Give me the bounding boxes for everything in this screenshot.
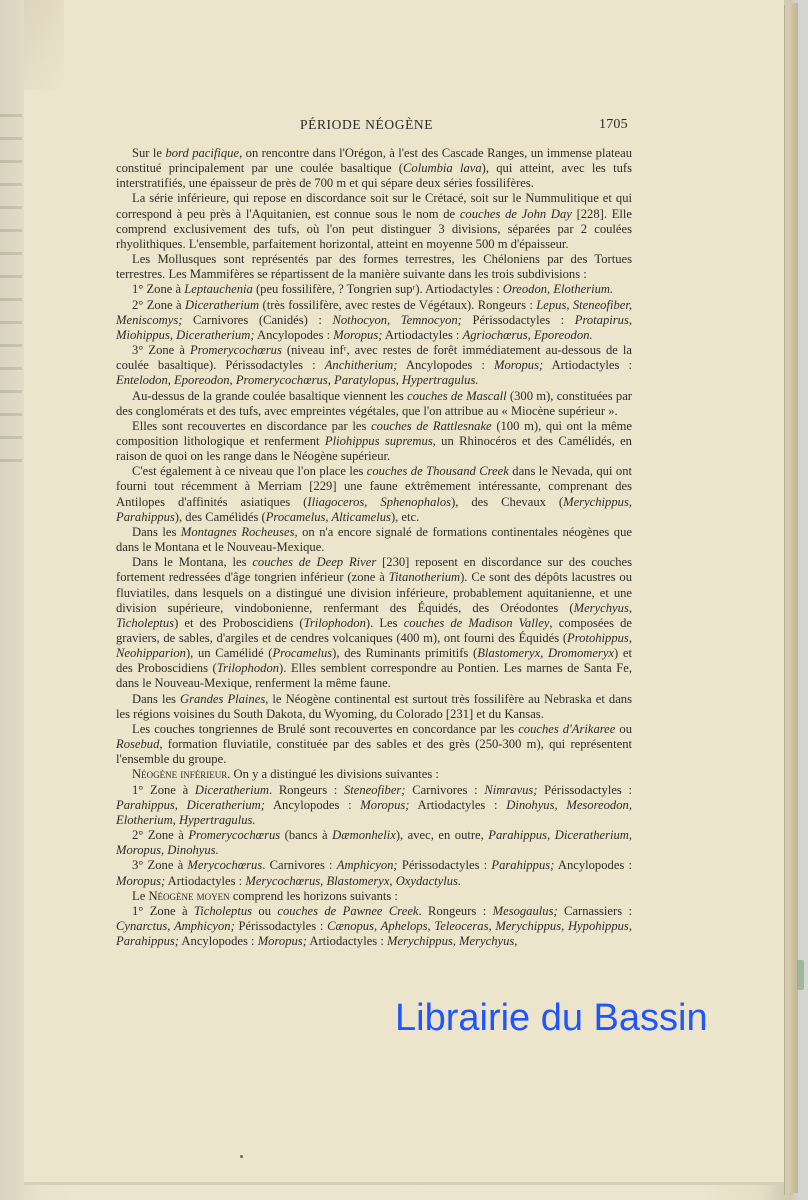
- text-run: Les couches tongriennes de Brulé sont re…: [132, 722, 518, 736]
- italic-run: Steneofiber;: [344, 783, 406, 797]
- text-run: ), avec, en outre,: [396, 828, 488, 842]
- italic-run: couches de Deep River: [252, 555, 376, 569]
- italic-run: couches de Madison Valley: [404, 616, 550, 630]
- text-run: ), des Chevaux (: [451, 495, 563, 509]
- italic-run: couches de Rattlesnake: [371, 419, 492, 433]
- text-run: Le: [132, 889, 148, 903]
- text-run: Artiodactyles :: [307, 934, 387, 948]
- italic-run: Montagnes Rocheuses: [181, 525, 295, 539]
- text-run: Carnivores (Canidés) :: [182, 313, 332, 327]
- page-stack-edge: [788, 3, 798, 1193]
- text-run: Périssodactyles :: [235, 919, 327, 933]
- text-run: Périssodactyles :: [538, 783, 633, 797]
- text-run: Dans le Montana, les: [132, 555, 252, 569]
- paragraph: Néogène inférieur. On y a distingué les …: [116, 767, 632, 782]
- italic-run: Trilophodon: [304, 616, 366, 630]
- text-run: ). Les: [366, 616, 404, 630]
- watermark: Librairie du Bassin: [395, 997, 708, 1040]
- italic-run: Rosebud: [116, 737, 159, 751]
- italic-run: Cynarctus, Amphicyon;: [116, 919, 235, 933]
- text-run: ), des Camélidés (: [175, 510, 266, 524]
- paragraph: 1° Zone à Ticholeptus ou couches de Pawn…: [116, 904, 632, 949]
- bookmark-tab: [797, 960, 804, 990]
- paragraph: Le Néogène moyen comprend les horizons s…: [116, 889, 632, 904]
- text-run: ou: [252, 904, 277, 918]
- text-run: 3° Zone à: [132, 858, 187, 872]
- text-run: 2° Zone à: [132, 828, 188, 842]
- text-run: Carnivores :: [406, 783, 485, 797]
- page-fold-shadow: [24, 0, 64, 90]
- text-run: ), etc.: [391, 510, 419, 524]
- italic-run: Pliohippus supremus: [325, 434, 433, 448]
- text-run: ) et des Proboscidiens (: [174, 616, 304, 630]
- paragraph: La série inférieure, qui repose en disco…: [116, 191, 632, 252]
- text-run: (bancs à: [280, 828, 332, 842]
- italic-run: couches de John Day: [460, 207, 572, 221]
- text-run: (peu fossilifère, ? Tongrien supʳ). Arti…: [253, 282, 503, 296]
- text-run: comprend les horizons suivants :: [230, 889, 398, 903]
- text-run: Les Mollusques sont représentés par des …: [116, 252, 632, 281]
- italic-run: bord pacifique: [165, 146, 239, 160]
- italic-run: Oreodon, Elotherium.: [503, 282, 613, 296]
- paragraph: 3° Zone à Merycochœrus. Carnivores : Amp…: [116, 858, 632, 888]
- paragraph: Elles sont recouvertes en discordance pa…: [116, 419, 632, 464]
- italic-run: couches de Mascall: [407, 389, 507, 403]
- paragraph: 2° Zone à Promerycochœrus (bancs à Dæmon…: [116, 828, 632, 858]
- italic-run: Moropus;: [116, 874, 165, 888]
- text-run: 2° Zone à: [132, 298, 185, 312]
- smallcaps-run: Néogène inférieur.: [132, 767, 230, 781]
- text-run: Au-dessus de la grande coulée basaltique…: [132, 389, 407, 403]
- text-run: Périssodactyles :: [398, 858, 492, 872]
- text-run: Artiodactyles :: [165, 874, 245, 888]
- text-run: 1° Zone à: [132, 904, 194, 918]
- text-run: Ancylopodes :: [554, 858, 632, 872]
- text-run: Artiodactyles :: [410, 798, 507, 812]
- italic-run: Merycochœrus: [187, 858, 262, 872]
- text-run: Elles sont recouvertes en discordance pa…: [132, 419, 371, 433]
- italic-run: Moropus;: [360, 798, 409, 812]
- italic-run: Agriochœrus, Eporeodon.: [463, 328, 593, 342]
- text-run: . Rongeurs :: [419, 904, 493, 918]
- paragraph: 3° Zone à Promerycochœrus (niveau infʳ, …: [116, 343, 632, 388]
- italic-run: Blastomeryx, Dromomeryx: [477, 646, 614, 660]
- text-run: Sur le: [132, 146, 165, 160]
- body-text: Sur le bord pacifique, on rencontre dans…: [116, 146, 632, 949]
- text-run: Ancylopodes :: [179, 934, 258, 948]
- text-run: , formation fluviatile, constituée par d…: [116, 737, 632, 766]
- paragraph: Les couches tongriennes de Brulé sont re…: [116, 722, 632, 767]
- italic-run: Promerycochœrus: [188, 828, 280, 842]
- text-run: . Rongeurs :: [269, 783, 344, 797]
- paragraph: Dans les Montagnes Rocheuses, on n'a enc…: [116, 525, 632, 555]
- italic-run: Mesogaulus;: [493, 904, 558, 918]
- italic-run: couches de Pawnee Creek: [277, 904, 418, 918]
- italic-run: couches d'Arikaree: [518, 722, 615, 736]
- italic-run: Merycochœrus, Blastomeryx, Oxydactylus.: [245, 874, 461, 888]
- text-run: Dans les: [132, 692, 180, 706]
- paragraph: 1° Zone à Leptauchenia (peu fossilifère,…: [116, 282, 632, 297]
- italic-run: Nothocyon, Temnocyon;: [332, 313, 461, 327]
- italic-run: Parahippus, Diceratherium;: [116, 798, 265, 812]
- italic-run: Ticholeptus: [194, 904, 252, 918]
- text-run: Artiodactyles :: [543, 358, 632, 372]
- italic-run: Diceratherium: [195, 783, 269, 797]
- italic-run: Merychippus, Merychyus,: [387, 934, 517, 948]
- paragraph: Dans le Montana, les couches de Deep Riv…: [116, 555, 632, 691]
- paragraph: Les Mollusques sont représentés par des …: [116, 252, 632, 282]
- text-run: . Carnivores :: [262, 858, 337, 872]
- italic-run: Moropus;: [494, 358, 543, 372]
- left-page-text-edge: [0, 100, 22, 480]
- paper-speck: [412, 482, 414, 484]
- italic-run: Columbia lava: [403, 161, 482, 175]
- text-run: Artiodactyles :: [382, 328, 462, 342]
- italic-run: Moropus;: [333, 328, 382, 342]
- italic-run: Diceratherium: [185, 298, 259, 312]
- paragraph: C'est également à ce niveau que l'on pla…: [116, 464, 632, 525]
- text-run: Dans les: [132, 525, 181, 539]
- paragraph: Dans les Grandes Plaines, le Néogène con…: [116, 692, 632, 722]
- italic-run: Parahippus;: [491, 858, 554, 872]
- text-run: Carnassiers :: [558, 904, 632, 918]
- italic-run: Trilophodon: [217, 661, 279, 675]
- text-run: (très fossilifère, avec restes de Végéta…: [259, 298, 536, 312]
- italic-run: Amphicyon;: [337, 858, 398, 872]
- page-number: 1705: [599, 117, 628, 133]
- italic-run: Iliagoceros, Sphenophalos: [307, 495, 451, 509]
- paper-speck: [240, 1155, 243, 1158]
- running-title: PÉRIODE NÉOGÈNE: [300, 117, 433, 133]
- text-run: ou: [615, 722, 632, 736]
- text-run: Ancylopodes :: [397, 358, 494, 372]
- italic-run: Anchitherium;: [325, 358, 398, 372]
- italic-run: Promerycochœrus: [190, 343, 282, 357]
- smallcaps-run: Néogène moyen: [148, 889, 229, 903]
- italic-run: couches de Thousand Creek: [367, 464, 509, 478]
- paragraph: 1° Zone à Diceratherium. Rongeurs : Sten…: [116, 783, 632, 828]
- italic-run: Nimravus;: [484, 783, 537, 797]
- page-edge-line: [784, 5, 785, 1195]
- text-run: C'est également à ce niveau que l'on pla…: [132, 464, 367, 478]
- text-run: On y a distingué les divisions suivantes…: [230, 767, 439, 781]
- paragraph: Sur le bord pacifique, on rencontre dans…: [116, 146, 632, 191]
- text-run: 3° Zone à: [132, 343, 190, 357]
- text-run: ), un Camélidé (: [186, 646, 272, 660]
- paragraph: 2° Zone à Diceratherium (très fossilifèr…: [116, 298, 632, 343]
- italic-run: Entelodon, Eporeodon, Promerycochœrus, P…: [116, 373, 479, 387]
- italic-run: Titanotherium: [389, 570, 460, 584]
- text-run: ), des Ruminants primitifs (: [332, 646, 477, 660]
- italic-run: Moropus;: [258, 934, 307, 948]
- italic-run: Procamelus: [272, 646, 332, 660]
- text-run: 1° Zone à: [132, 783, 195, 797]
- italic-run: Dæmonhelix: [332, 828, 396, 842]
- italic-run: Leptauchenia: [184, 282, 253, 296]
- text-run: Ancylopodes :: [265, 798, 360, 812]
- text-run: Ancylopodes :: [255, 328, 334, 342]
- text-run: Périssodactyles :: [462, 313, 575, 327]
- italic-run: Grandes Plaines: [180, 692, 265, 706]
- text-run: 1° Zone à: [132, 282, 184, 296]
- paragraph: Au-dessus de la grande coulée basaltique…: [116, 389, 632, 419]
- italic-run: Procamelus, Alticamelus: [266, 510, 391, 524]
